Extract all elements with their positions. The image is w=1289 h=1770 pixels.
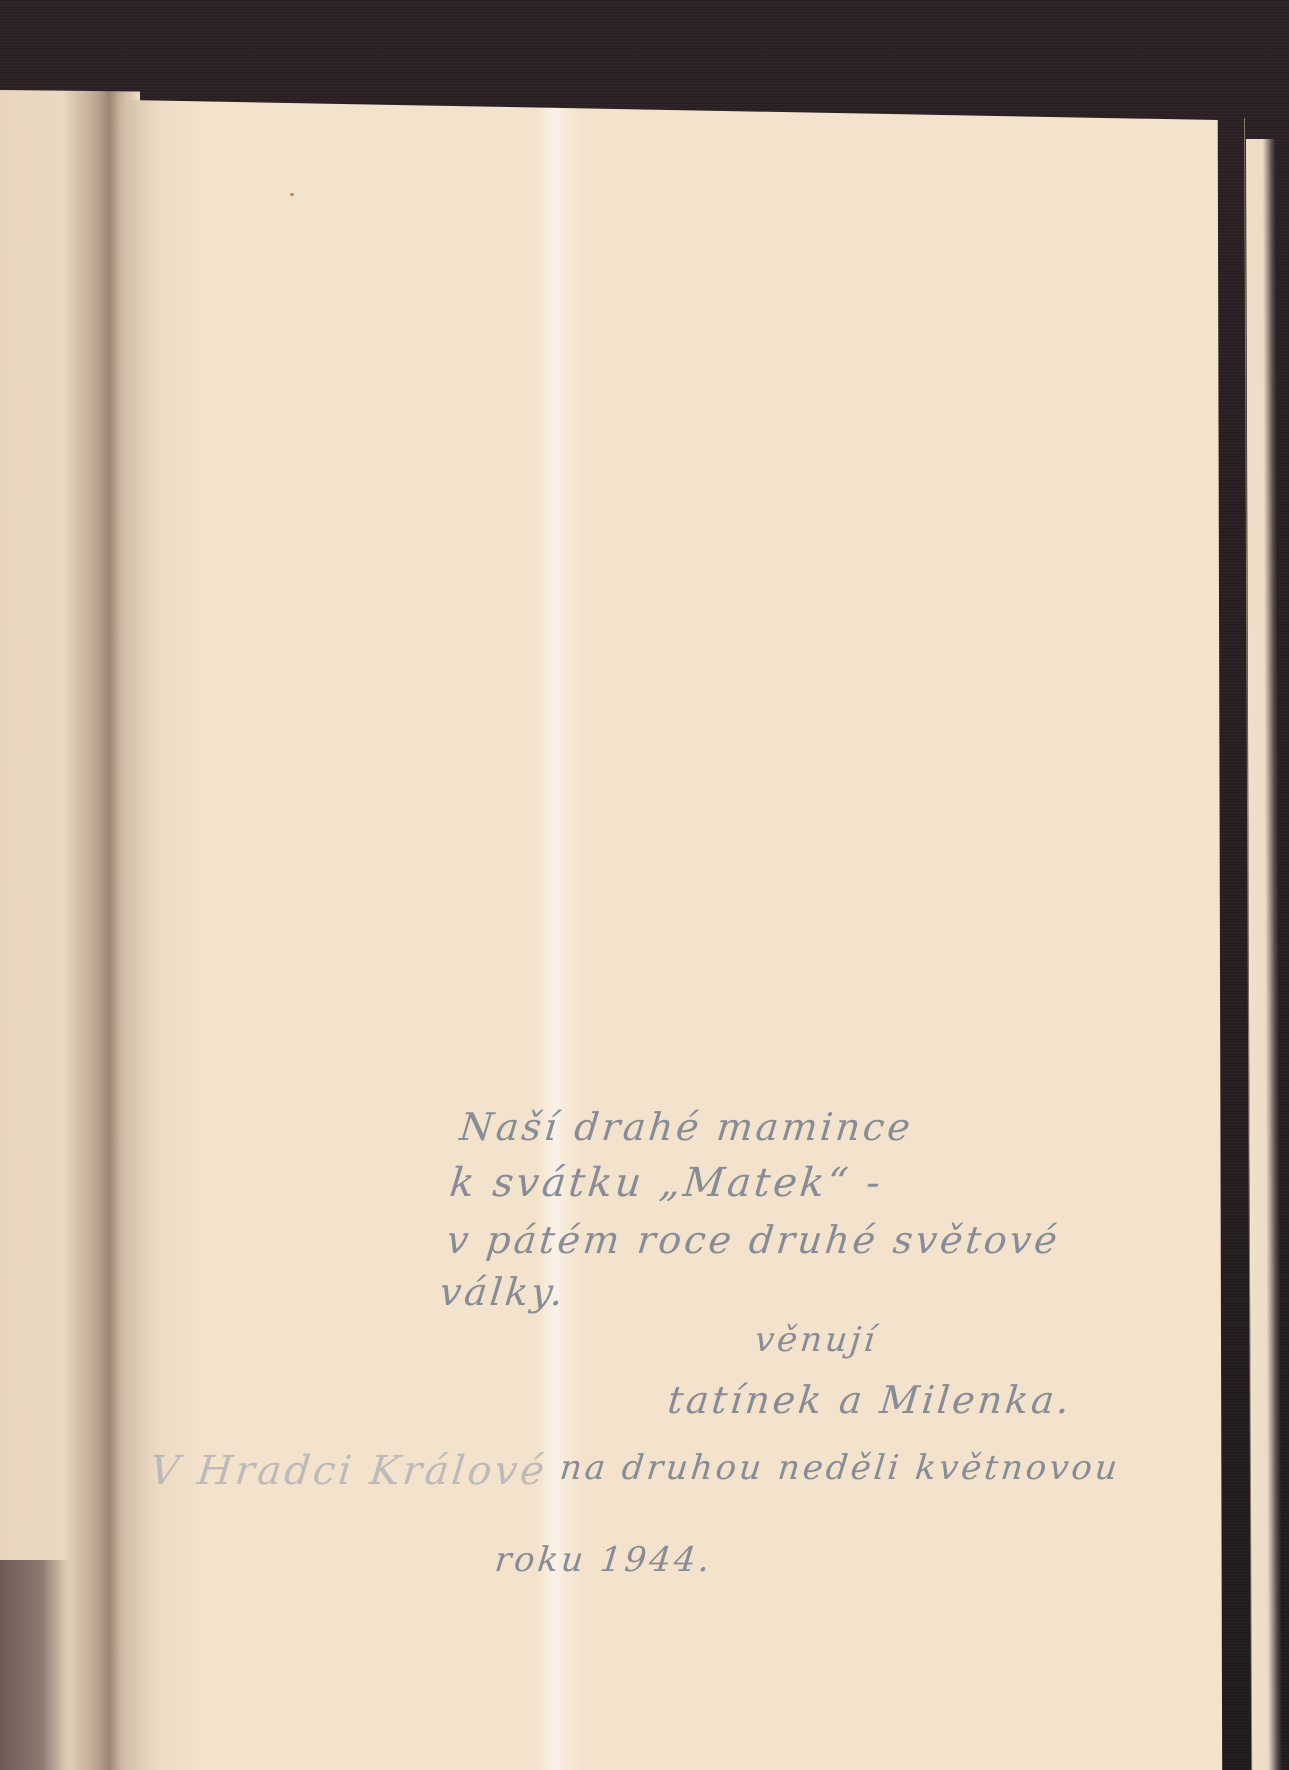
- inscription-line-6: tatínek a Milenka.: [666, 1378, 1075, 1422]
- inscription-line-7-rest: na druhou neděli květnovou: [558, 1448, 1122, 1488]
- inscription-line-5: věnují: [753, 1320, 880, 1360]
- inscription-line-8: roku 1944.: [493, 1540, 715, 1580]
- handwritten-inscription: Naší drahé mamince k svátku „Matek“ - v …: [0, 0, 1289, 1770]
- inscription-line-3: v pátém roce druhé světové: [445, 1218, 1062, 1262]
- inscription-line-2: k svátku „Matek“ -: [448, 1160, 886, 1206]
- inscription-line-7-place: V Hradci Králové: [148, 1448, 550, 1494]
- inscription-line-1: Naší drahé mamince: [458, 1105, 916, 1149]
- inscription-line-4: války.: [438, 1270, 568, 1314]
